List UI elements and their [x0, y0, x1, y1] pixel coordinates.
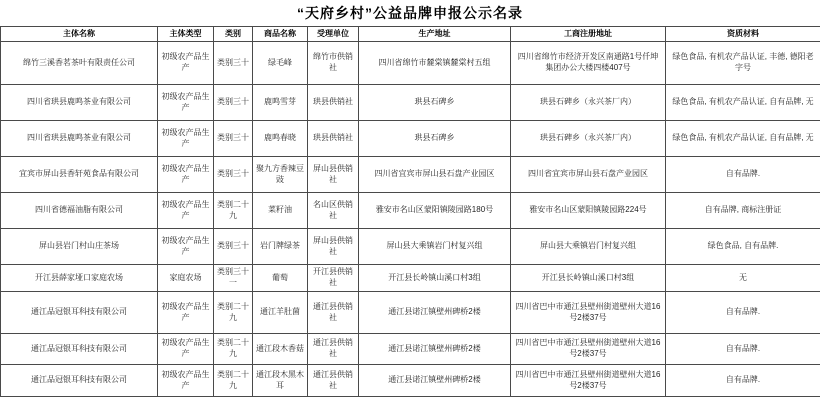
- table-cell: 珙县石碑乡（永兴茶厂内）: [511, 121, 666, 157]
- table-cell: 通江羊肚菌: [253, 292, 308, 334]
- table-cell: 初级农产品生产: [158, 292, 214, 334]
- table-cell: 类别二十九: [214, 193, 253, 229]
- table-cell: 类别三十: [214, 157, 253, 193]
- table-cell: 初级农产品生产: [158, 157, 214, 193]
- table-cell: 初级农产品生产: [158, 85, 214, 121]
- table-cell: 自有品牌.: [666, 292, 820, 334]
- table-cell: 自有品牌.: [666, 365, 820, 397]
- table-row: 通江品冠银耳科技有限公司初级农产品生产类别二十九通江段木黑木耳通江县供销社通江县…: [1, 365, 820, 397]
- table-cell: 四川省绵竹市经济开发区南通路1号仟坤集团办公大楼四楼407号: [511, 42, 666, 85]
- table-cell: 通江品冠银耳科技有限公司: [1, 365, 158, 397]
- column-header-2: 主体类型: [158, 27, 214, 42]
- table-cell: 通江段木香菇: [253, 334, 308, 365]
- table-cell: 宜宾市屏山县香轩苑食品有限公司: [1, 157, 158, 193]
- table-cell: 类别三十: [214, 85, 253, 121]
- table-cell: 通江品冠银耳科技有限公司: [1, 334, 158, 365]
- table-cell: 四川省巴中市通江县壁州街道壁州大道16号2楼37号: [511, 292, 666, 334]
- table-row: 四川省珙县鹿鸣茶业有限公司初级农产品生产类别三十鹿鸣春晓珙县供销社珙县石碑乡珙县…: [1, 121, 820, 157]
- table-cell: 鹿鸣雪芽: [253, 85, 308, 121]
- table-cell: 无: [666, 265, 820, 292]
- table-cell: 自有品牌, 商标注册证: [666, 193, 820, 229]
- brand-declaration-table: 主体名称主体类型类别商品名称受理单位生产地址工商注册地址资质材料 绵竹三溪香茗茶…: [0, 26, 820, 397]
- table-cell: 珙县供销社: [308, 121, 359, 157]
- table-cell: 聚九方香辣豆豉: [253, 157, 308, 193]
- table-cell: 四川省珙县鹿鸣茶业有限公司: [1, 121, 158, 157]
- table-cell: 绿色食品, 有机农产品认证, 自有品牌, 无: [666, 85, 820, 121]
- page-title: “天府乡村”公益品牌申报公示名录: [0, 0, 820, 26]
- column-header-7: 工商注册地址: [511, 27, 666, 42]
- table-cell: 屏山县岩门村山庄茶场: [1, 229, 158, 265]
- table-row: 绵竹三溪香茗茶叶有限责任公司初级农产品生产类别三十绿毛峰绵竹市供销社四川省绵竹市…: [1, 42, 820, 85]
- table-cell: 雅安市名山区蒙阳镇陵园路224号: [511, 193, 666, 229]
- table-cell: 通江县诺江镇壁州碑桥2楼: [359, 334, 511, 365]
- column-header-1: 主体名称: [1, 27, 158, 42]
- table-cell: 绿色食品, 有机农产品认证, 自有品牌, 无: [666, 121, 820, 157]
- table-cell: 初级农产品生产: [158, 365, 214, 397]
- table-cell: 通江县诺江镇壁州碑桥2楼: [359, 292, 511, 334]
- table-cell: 四川省宜宾市屏山县石盘产业园区: [511, 157, 666, 193]
- table-cell: 通江段木黑木耳: [253, 365, 308, 397]
- table-cell: 鹿鸣春晓: [253, 121, 308, 157]
- table-cell: 初级农产品生产: [158, 121, 214, 157]
- table-cell: 初级农产品生产: [158, 334, 214, 365]
- table-row: 四川省德福油脂有限公司初级农产品生产类别二十九菜籽油名山区供销社雅安市名山区蒙阳…: [1, 193, 820, 229]
- table-cell: 四川省珙县鹿鸣茶业有限公司: [1, 85, 158, 121]
- table-cell: 通江品冠银耳科技有限公司: [1, 292, 158, 334]
- table-cell: 四川省巴中市通江县壁州街道壁州大道16号2楼37号: [511, 365, 666, 397]
- table-cell: 岩门牌绿茶: [253, 229, 308, 265]
- table-row: 四川省珙县鹿鸣茶业有限公司初级农产品生产类别三十鹿鸣雪芽珙县供销社珙县石碑乡珙县…: [1, 85, 820, 121]
- table-cell: 珙县石碑乡: [359, 121, 511, 157]
- table-cell: 通江县诺江镇壁州碑桥2楼: [359, 365, 511, 397]
- table-cell: 屏山县供销社: [308, 229, 359, 265]
- table-cell: 家庭农场: [158, 265, 214, 292]
- table-cell: 开江县薛家垭口家庭农场: [1, 265, 158, 292]
- column-header-8: 资质材料: [666, 27, 820, 42]
- table-cell: 四川省绵竹市麓棠镇麓棠村五组: [359, 42, 511, 85]
- table-row: 屏山县岩门村山庄茶场初级农产品生产类别三十岩门牌绿茶屏山县供销社屏山县大乘镇岩门…: [1, 229, 820, 265]
- table-header-row: 主体名称主体类型类别商品名称受理单位生产地址工商注册地址资质材料: [1, 27, 820, 42]
- column-header-4: 商品名称: [253, 27, 308, 42]
- table-row: 通江品冠银耳科技有限公司初级农产品生产类别二十九通江羊肚菌通江县供销社通江县诺江…: [1, 292, 820, 334]
- table-cell: 绿色食品, 有机农产品认证, 丰德, 德阳老字号: [666, 42, 820, 85]
- table-cell: 类别三十: [214, 121, 253, 157]
- table-cell: 通江县供销社: [308, 334, 359, 365]
- table-cell: 初级农产品生产: [158, 42, 214, 85]
- table-cell: 珙县供销社: [308, 85, 359, 121]
- table-cell: 自有品牌.: [666, 334, 820, 365]
- table-row: 开江县薛家垭口家庭农场家庭农场类别三十一葡萄开江县供销社开江县长岭镇山溪口村3组…: [1, 265, 820, 292]
- table-cell: 四川省巴中市通江县壁州街道壁州大道16号2楼37号: [511, 334, 666, 365]
- table-cell: 初级农产品生产: [158, 193, 214, 229]
- table-cell: 类别二十九: [214, 292, 253, 334]
- table-body: 绵竹三溪香茗茶叶有限责任公司初级农产品生产类别三十绿毛峰绵竹市供销社四川省绵竹市…: [1, 42, 820, 397]
- table-cell: 通江县供销社: [308, 365, 359, 397]
- table-cell: 四川省德福油脂有限公司: [1, 193, 158, 229]
- table-row: 宜宾市屏山县香轩苑食品有限公司初级农产品生产类别三十聚九方香辣豆豉屏山县供销社四…: [1, 157, 820, 193]
- table-cell: 开江县长岭镇山溪口村3组: [511, 265, 666, 292]
- table-cell: 雅安市名山区蒙阳镇陵园路180号: [359, 193, 511, 229]
- table-cell: 类别二十九: [214, 334, 253, 365]
- document-page: “天府乡村”公益品牌申报公示名录 主体名称主体类型类别商品名称受理单位生产地址工…: [0, 0, 820, 401]
- table-cell: 屏山县供销社: [308, 157, 359, 193]
- table-cell: 自有品牌.: [666, 157, 820, 193]
- table-cell: 开江县长岭镇山溪口村3组: [359, 265, 511, 292]
- column-header-3: 类别: [214, 27, 253, 42]
- table-cell: 珙县石碑乡（永兴茶厂内）: [511, 85, 666, 121]
- table-row: 通江品冠银耳科技有限公司初级农产品生产类别二十九通江段木香菇通江县供销社通江县诺…: [1, 334, 820, 365]
- table-cell: 名山区供销社: [308, 193, 359, 229]
- table-cell: 屏山县大乘镇岩门村复兴组: [359, 229, 511, 265]
- table-cell: 屏山县大乘镇岩门村复兴组: [511, 229, 666, 265]
- table-cell: 四川省宜宾市屏山县石盘产业园区: [359, 157, 511, 193]
- table-cell: 珙县石碑乡: [359, 85, 511, 121]
- table-cell: 类别三十: [214, 42, 253, 85]
- table-cell: 开江县供销社: [308, 265, 359, 292]
- table-cell: 初级农产品生产: [158, 229, 214, 265]
- table-cell: 类别三十一: [214, 265, 253, 292]
- column-header-5: 受理单位: [308, 27, 359, 42]
- table-cell: 绿色食品, 自有品牌.: [666, 229, 820, 265]
- column-header-6: 生产地址: [359, 27, 511, 42]
- table-cell: 绿毛峰: [253, 42, 308, 85]
- table-cell: 绵竹三溪香茗茶叶有限责任公司: [1, 42, 158, 85]
- table-cell: 葡萄: [253, 265, 308, 292]
- table-cell: 类别三十: [214, 229, 253, 265]
- table-cell: 通江县供销社: [308, 292, 359, 334]
- table-cell: 绵竹市供销社: [308, 42, 359, 85]
- table-cell: 菜籽油: [253, 193, 308, 229]
- table-cell: 类别二十九: [214, 365, 253, 397]
